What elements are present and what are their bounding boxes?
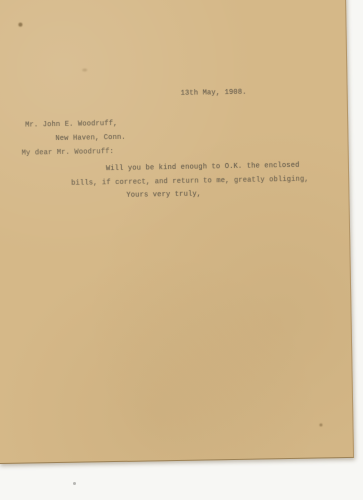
recipient-address-line: New Haven, Conn. [55,133,126,144]
scan-background: 13th May, 1908. Mr. John E. Woodruff, Ne… [0,0,363,500]
body-line-1: Will you be kind enough to O.K. the encl… [106,161,300,174]
closing-line: Yours very truly, [126,189,201,200]
letter-date-line: 13th May, 1908. [181,88,247,99]
paper-stain-smudge [82,68,87,71]
paper-stain-speck [18,23,22,27]
background-speck [73,482,76,485]
letter-paper: 13th May, 1908. Mr. John E. Woodruff, Ne… [0,0,354,464]
salutation-line: My dear Mr. Woodruff: [22,147,115,159]
paper-stain-speck [319,423,322,426]
recipient-name-line: Mr. John E. Woodruff, [25,119,118,131]
body-line-2: bills, if correct, and return to me, gre… [71,175,309,189]
